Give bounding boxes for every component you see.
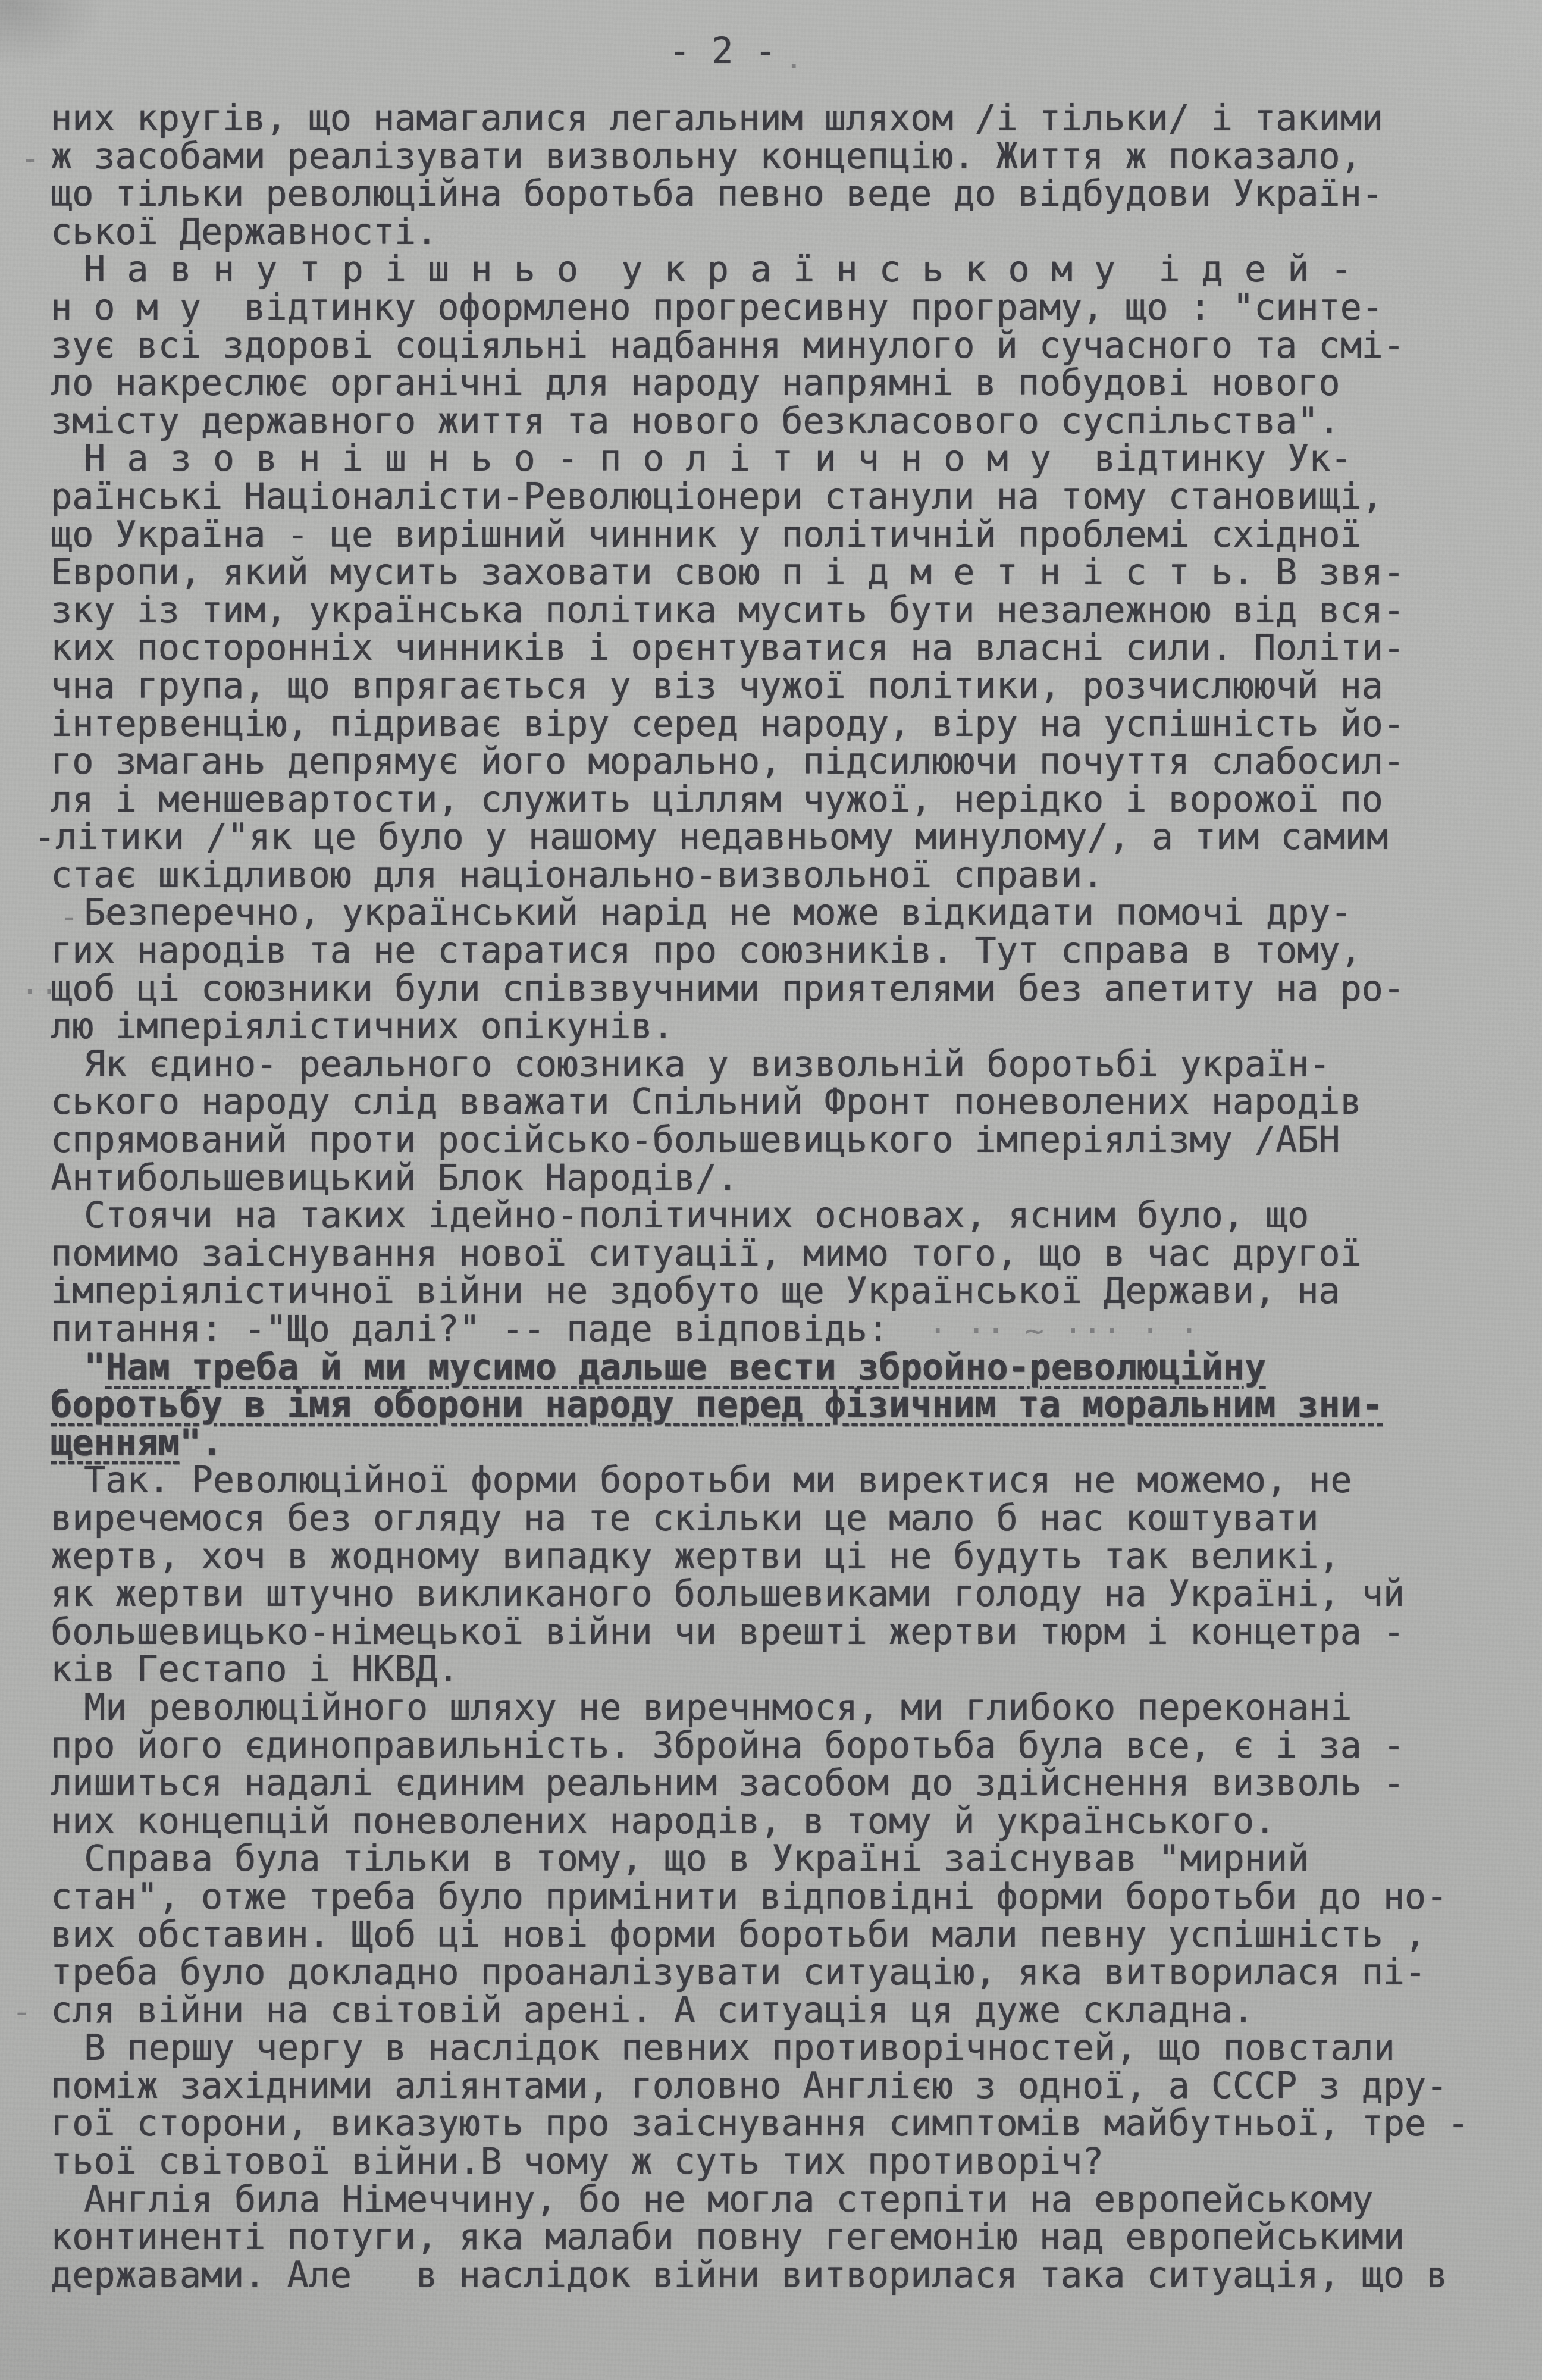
paragraph: Ми революційного шляху не виречнмося, ми… xyxy=(51,1689,1520,1840)
underlined-text: боротьбу в імя оборони народу перед фізи… xyxy=(51,1384,1383,1426)
text-line: Як єдино- реального союзника у визвольні… xyxy=(51,1046,1520,1084)
paragraph: Н а з о в н і ш н ь о - п о л і т и ч н … xyxy=(51,440,1520,894)
text-line: жертв, хоч в жодному випадку жертви ці н… xyxy=(51,1538,1520,1576)
text-line: сля війни на світовій арені. А ситуація … xyxy=(51,1992,1520,2030)
text-line: них концепцій поневолених народів, в том… xyxy=(51,1803,1520,1841)
text-line: імперіялістичної війни не здобуто ще Укр… xyxy=(51,1273,1520,1311)
paragraph: Як єдино- реального союзника у визвольні… xyxy=(51,1046,1520,1197)
text-line: зує всі здорові соціяльні надбання минул… xyxy=(51,327,1520,365)
text-line: Н а в н у т р і ш н ь о у к р а ї н с ь … xyxy=(51,251,1520,289)
text-line: лишиться надалі єдиним реальним засобом … xyxy=(51,1765,1520,1803)
text-line: ких посторонніх чинників і орєнтуватися … xyxy=(51,630,1520,668)
text-line: Европи, який мусить заховати свою п і д … xyxy=(51,554,1520,592)
text-line: Стоячи на таких ідейно-політичних основа… xyxy=(51,1197,1520,1235)
text-line: державами. Але в наслідок війни витворил… xyxy=(51,2257,1520,2295)
text-line: що тільки революційна боротьба певно вед… xyxy=(51,176,1520,214)
paragraph: Справа була тільки в тому, що в Україні … xyxy=(51,1840,1520,2030)
text-line: ло накреслює органічні для народу напрям… xyxy=(51,365,1520,403)
text-line: ж засобами реалізувати визвольну концепц… xyxy=(51,138,1520,176)
text-line: боротьбу в імя оборони народу перед фізи… xyxy=(51,1386,1520,1424)
text-line: вих обставин. Щоб ці нові форми боротьби… xyxy=(51,1916,1520,1955)
paragraph: Безперечно, український нарід не може ві… xyxy=(51,894,1520,1045)
text-line: Безперечно, український нарід не може ві… xyxy=(51,894,1520,932)
text-line: "Нам треба й ми мусимо дальше вести збро… xyxy=(51,1349,1520,1387)
text-line: стає шкідливою для національно-визвольно… xyxy=(51,857,1520,895)
stray-mark: - · xyxy=(59,901,118,934)
text-line: щоб ці союзники були співзвучними прияте… xyxy=(51,970,1520,1009)
text-line: Справа була тільки в тому, що в Україні … xyxy=(51,1840,1520,1878)
underlined-text: щенням xyxy=(51,1422,180,1464)
underlined-text: Нам треба й ми мусимо дальше вести зброй… xyxy=(105,1346,1266,1388)
text-line: ків Гестапо і НКВД. xyxy=(51,1651,1520,1689)
text-line: гої сторони, виказують про заіснування с… xyxy=(51,2105,1520,2143)
text-line: большевицько-німецької війни чи врешті ж… xyxy=(51,1614,1520,1652)
text-line: В першу чергу в наслідок певних противор… xyxy=(51,2030,1520,2068)
text-line: про його єдиноправильність. Збройна боро… xyxy=(51,1727,1520,1765)
text-line: питання: -"Що далі?" -- паде відповідь: xyxy=(51,1311,1520,1349)
text-line: що Україна - це вирішний чинник у політи… xyxy=(51,516,1520,555)
paragraph: них кругів, що намагалися легальним шлях… xyxy=(51,100,1520,251)
text-line: ля і меншевартости, служить ціллям чужої… xyxy=(51,781,1520,819)
paragraph: Стоячи на таких ідейно-політичних основа… xyxy=(51,1197,1520,1348)
text-line: лю імперіялістичних опікунів. xyxy=(51,1008,1520,1046)
document-body: них кругів, що намагалися легальним шлях… xyxy=(51,100,1520,2294)
text-line: інтервенцію, підриває віру серед народу,… xyxy=(51,706,1520,744)
text-line: Н а з о в н і ш н ь о - п о л і т и ч н … xyxy=(51,440,1520,478)
text-line: виречемося без огляду на те скільки це м… xyxy=(51,1500,1520,1538)
stray-mark: · ·· ~ ··· · · xyxy=(928,1315,1199,1347)
text-segment: -літики /"як це було у нашому недавньому… xyxy=(34,816,1388,858)
stray-mark: . xyxy=(784,42,804,74)
text-line: тьої світової війни.В чому ж суть тих пр… xyxy=(51,2143,1520,2181)
paragraph: Так. Революційної форми боротьби ми вире… xyxy=(51,1462,1520,1689)
text-line: них кругів, що намагалися легальним шлях… xyxy=(51,100,1520,138)
page-number: - 2 - xyxy=(669,32,776,70)
text-segment: " xyxy=(84,1346,105,1388)
text-line: -літики /"як це було у нашому недавньому… xyxy=(34,819,1520,857)
text-line: ської Державності. xyxy=(51,214,1520,252)
text-line: як жертви штучно викликаного большевикам… xyxy=(51,1576,1520,1614)
text-line: гих народів та не старатися про союзникі… xyxy=(51,932,1520,970)
text-segment: ". xyxy=(180,1422,222,1464)
text-line: раїнські Націоналісти-Революціонери стан… xyxy=(51,478,1520,516)
paragraph: Англія била Німеччину, бо не могла стерп… xyxy=(51,2181,1520,2295)
text-line: зку із тим, українська політика мусить б… xyxy=(51,592,1520,630)
text-line: го змагань депрямує його морально, підси… xyxy=(51,743,1520,781)
text-line: чна група, що впрягається у віз чужої по… xyxy=(51,668,1520,706)
stray-mark: - xyxy=(20,143,40,175)
text-line: треба було докладно проаналізувати ситуа… xyxy=(51,1954,1520,1992)
text-line: Ми революційного шляху не виречнмося, ми… xyxy=(51,1689,1520,1727)
text-line: спрямований проти російсько-большевицько… xyxy=(51,1122,1520,1160)
scanned-document-page: - 2 - них кругів, що намагалися легальни… xyxy=(0,0,1542,2380)
text-line: континенті потуги, яка малаби повну геге… xyxy=(51,2219,1520,2257)
text-line: помимо заіснування нової ситуації, мимо … xyxy=(51,1235,1520,1273)
text-line: щенням". xyxy=(51,1424,1520,1463)
text-line: змісту державного життя та нового безкла… xyxy=(51,403,1520,441)
text-line: Так. Революційної форми боротьби ми вире… xyxy=(51,1462,1520,1500)
stray-mark: ·· xyxy=(20,976,59,1008)
text-line: н о м у відтинку оформлено прогресивну п… xyxy=(51,289,1520,327)
text-line: Англія била Німеччину, бо не могла стерп… xyxy=(51,2181,1520,2219)
text-line: Антибольшевицький Блок Народів/. xyxy=(51,1160,1520,1198)
stray-mark: - xyxy=(12,1996,32,2028)
paragraph: Н а в н у т р і ш н ь о у к р а ї н с ь … xyxy=(51,251,1520,440)
paragraph: "Нам треба й ми мусимо дальше вести збро… xyxy=(51,1349,1520,1463)
text-line: поміж західними аліянтами, головно Англі… xyxy=(51,2068,1520,2106)
text-line: стан", отже треба було примінити відпові… xyxy=(51,1878,1520,1916)
paragraph: В першу чергу в наслідок певних противор… xyxy=(51,2030,1520,2181)
text-line: ського народу слід вважати Спільний Фрон… xyxy=(51,1083,1520,1122)
